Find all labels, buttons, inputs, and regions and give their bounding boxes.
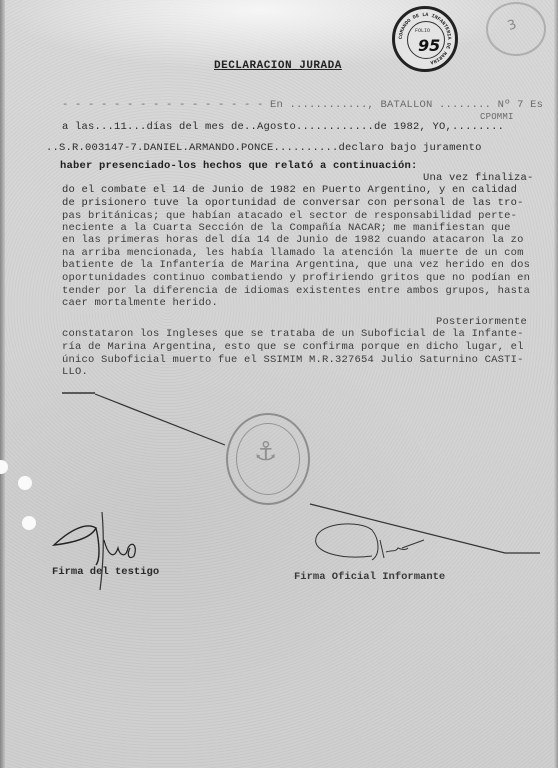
witness-signature-label: Firma del testigo <box>52 566 159 578</box>
signature-strokes <box>0 0 558 768</box>
informant-signature-label: Firma Oficial Informante <box>294 571 445 583</box>
